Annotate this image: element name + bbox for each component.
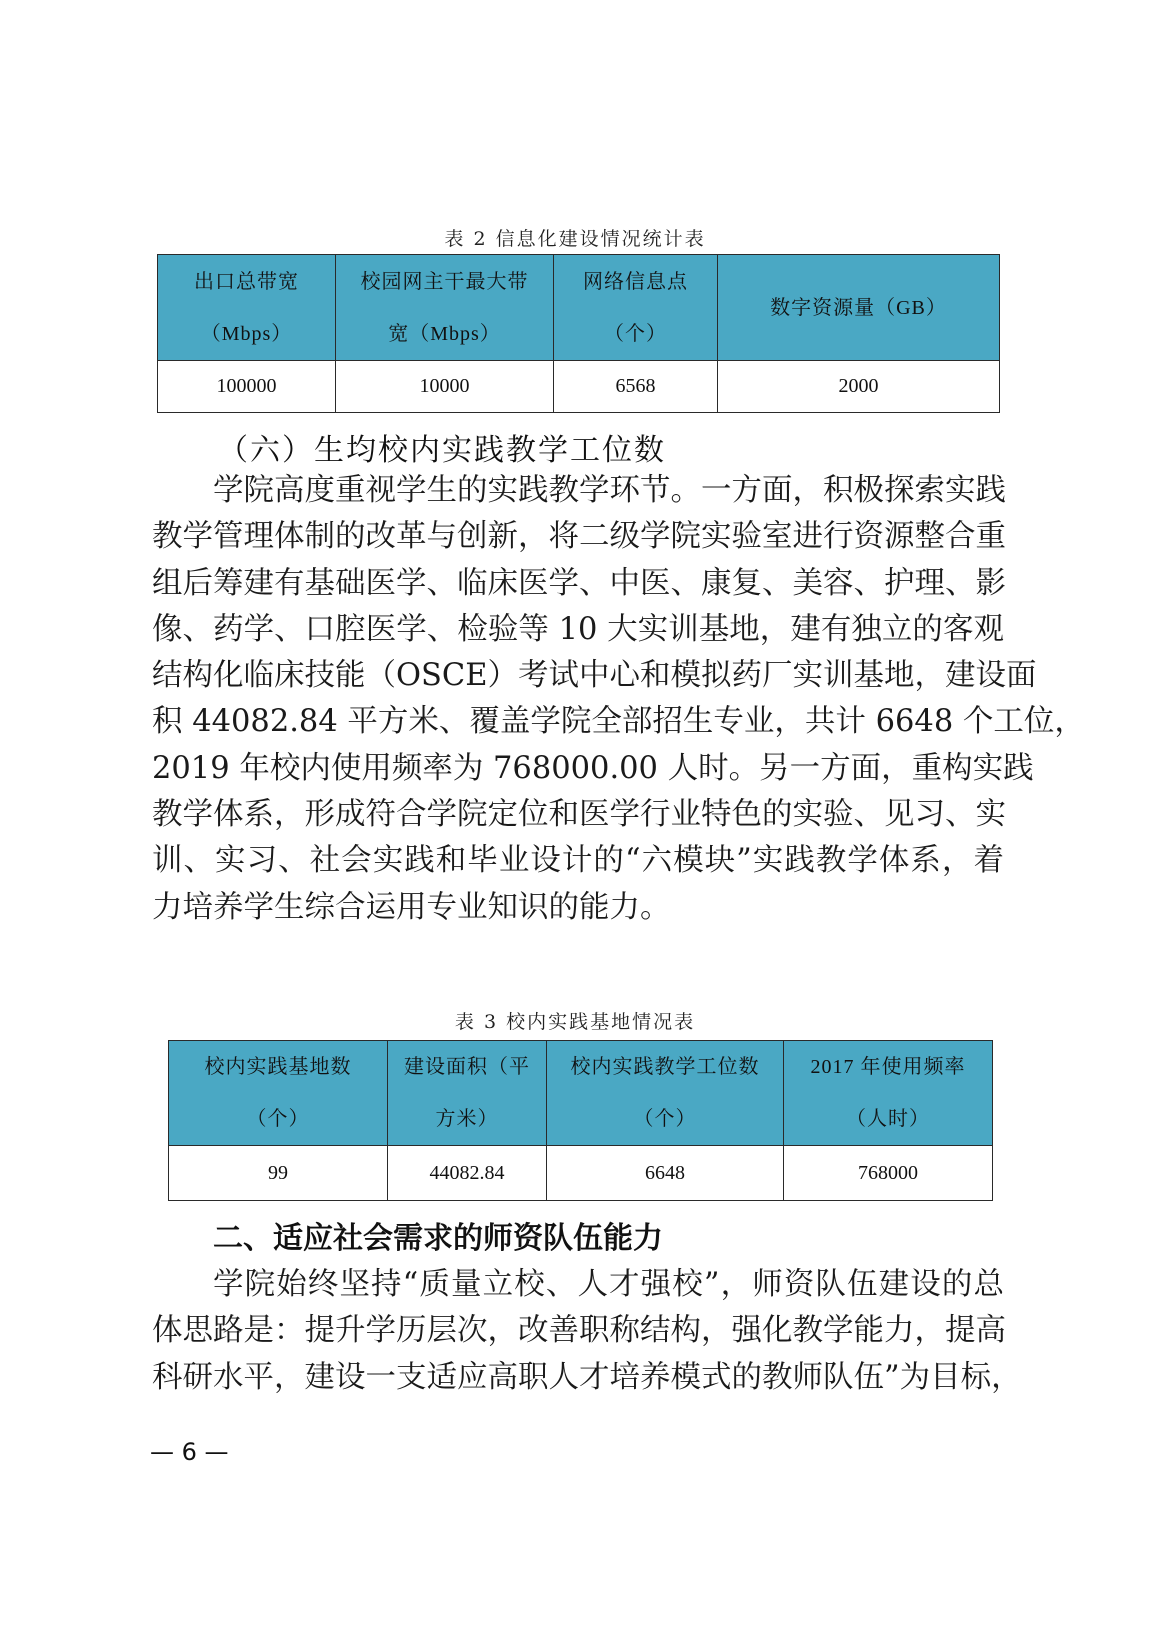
t3-header-workstations: 校内实践教学工位数（个） — [547, 1041, 784, 1146]
para-line: 2019 年校内使用频率为 768000.00 人时。另一方面，重构实践 — [152, 746, 1004, 792]
table2-caption: 表 2 信息化建设情况统计表 — [0, 224, 1150, 251]
t2-cell-bandwidth: 100000 — [158, 361, 336, 413]
para-line: 积 44082.84 平方米、覆盖学院全部招生专业，共计 6648 个工位， — [152, 699, 1004, 745]
para-line: 学院始终坚持“质量立校、人才强校”，师资队伍建设的总 — [152, 1262, 1004, 1308]
para-line: 学院高度重视学生的实践教学环节。一方面，积极探索实践 — [152, 468, 1004, 514]
para-line: 训、实习、社会实践和毕业设计的“六模块”实践教学体系，着 — [152, 838, 1004, 884]
table3-practice-bases: 校内实践基地数（个） 建设面积（平方米） 校内实践教学工位数（个） 2017 年… — [168, 1040, 993, 1201]
t3-cell-workstations: 6648 — [547, 1146, 784, 1201]
para-line: 教学体系，形成符合学院定位和医学行业特色的实验、见习、实 — [152, 792, 1004, 838]
t2-cell-backbone: 10000 — [336, 361, 554, 413]
t3-header-base-count: 校内实践基地数（个） — [169, 1041, 388, 1146]
t3-cell-area: 44082.84 — [388, 1146, 547, 1201]
page-number: — 6 — — [150, 1438, 229, 1466]
t3-header-area: 建设面积（平方米） — [388, 1041, 547, 1146]
section2-title: 二、适应社会需求的师资队伍能力 — [213, 1213, 663, 1257]
t3-header-usage: 2017 年使用频率（人时） — [784, 1041, 993, 1146]
t2-header-bandwidth: 出口总带宽（Mbps） — [158, 255, 336, 361]
t2-cell-info-points: 6568 — [554, 361, 718, 413]
section6-heading: （六）生均校内实践教学工位数 — [218, 425, 666, 469]
t2-header-info-points: 网络信息点（个） — [554, 255, 718, 361]
para-line: 科研水平，建设一支适应高职人才培养模式的教师队伍”为目标， — [152, 1355, 1004, 1401]
para-line: 像、药学、口腔医学、检验等 10 大实训基地，建有独立的客观 — [152, 607, 1004, 653]
para-line: 教学管理体制的改革与创新，将二级学院实验室进行资源整合重 — [152, 514, 1004, 560]
table3-caption: 表 3 校内实践基地情况表 — [0, 1007, 1150, 1034]
section2-paragraph: 学院始终坚持“质量立校、人才强校”，师资队伍建设的总 体思路是：提升学历层次，改… — [152, 1262, 1004, 1401]
t3-cell-base-count: 99 — [169, 1146, 388, 1201]
para-line: 体思路是：提升学历层次，改善职称结构，强化教学能力，提高 — [152, 1308, 1004, 1354]
t3-cell-usage: 768000 — [784, 1146, 993, 1201]
t2-cell-digital-resources: 2000 — [718, 361, 1000, 413]
t2-header-digital-resources: 数字资源量（GB） — [718, 255, 1000, 361]
section6-paragraph: 学院高度重视学生的实践教学环节。一方面，积极探索实践 教学管理体制的改革与创新，… — [152, 468, 1004, 931]
para-line: 组后筹建有基础医学、临床医学、中医、康复、美容、护理、影 — [152, 561, 1004, 607]
t2-header-backbone: 校园网主干最大带宽（Mbps） — [336, 255, 554, 361]
para-line: 结构化临床技能（OSCE）考试中心和模拟药厂实训基地，建设面 — [152, 653, 1004, 699]
para-line: 力培养学生综合运用专业知识的能力。 — [152, 885, 1004, 931]
table2-info-construction: 出口总带宽（Mbps） 校园网主干最大带宽（Mbps） 网络信息点（个） 数字资… — [157, 254, 1000, 413]
